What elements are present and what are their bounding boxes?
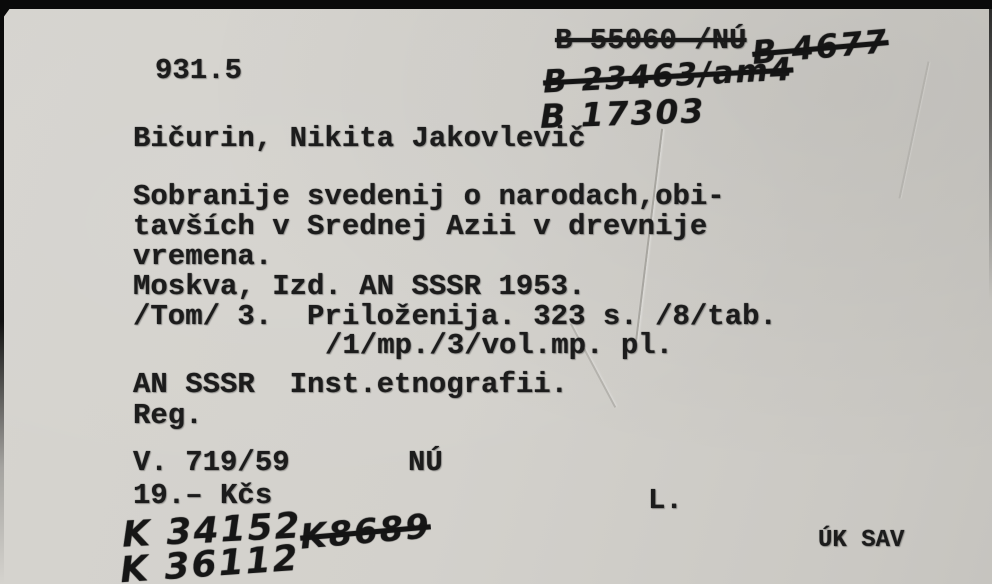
classification-number: 931.5 — [155, 56, 242, 86]
location-code: NÚ — [408, 448, 443, 478]
title-line-2: tavších v Srednej Azii v drevnije — [133, 212, 707, 242]
title-line-1: Sobranije svedenij o narodach,obi- — [133, 182, 725, 212]
corporate-author-line: AN SSSR Inst.etnografii. — [133, 370, 568, 400]
title-line-3: vremena. — [133, 242, 272, 272]
shelfmark-typed-crossed-out: B 55060 /NÚ — [555, 26, 746, 56]
letter-mark: L. — [648, 486, 683, 516]
imprint-line: Moskva, Izd. AN SSSR 1953. — [133, 272, 585, 302]
note-line: Reg. — [133, 401, 203, 431]
catalog-card-scan: 931.5 B 55060 /NÚ B 4677 B 23463/am4 B 1… — [0, 0, 992, 584]
card-corner-notch — [0, 0, 16, 22]
library-stamp: ÚK SAV — [818, 526, 904, 556]
collation-line-2: /1/mp./3/vol.mp. pl. — [325, 331, 673, 361]
author-heading: Bičurin, Nikita Jakovlevič — [133, 124, 585, 154]
paper-crease — [898, 61, 929, 198]
scan-edge-top — [0, 0, 992, 9]
collation-line-1: /Tom/ 3. Priloženija. 323 s. /8/tab. — [133, 302, 777, 332]
price-line: 19.– Kčs — [133, 481, 272, 511]
inventory-number-crossed-out: K8689 — [299, 506, 433, 557]
scan-edge-left — [0, 0, 4, 584]
accession-number: V. 719/59 — [133, 448, 290, 478]
